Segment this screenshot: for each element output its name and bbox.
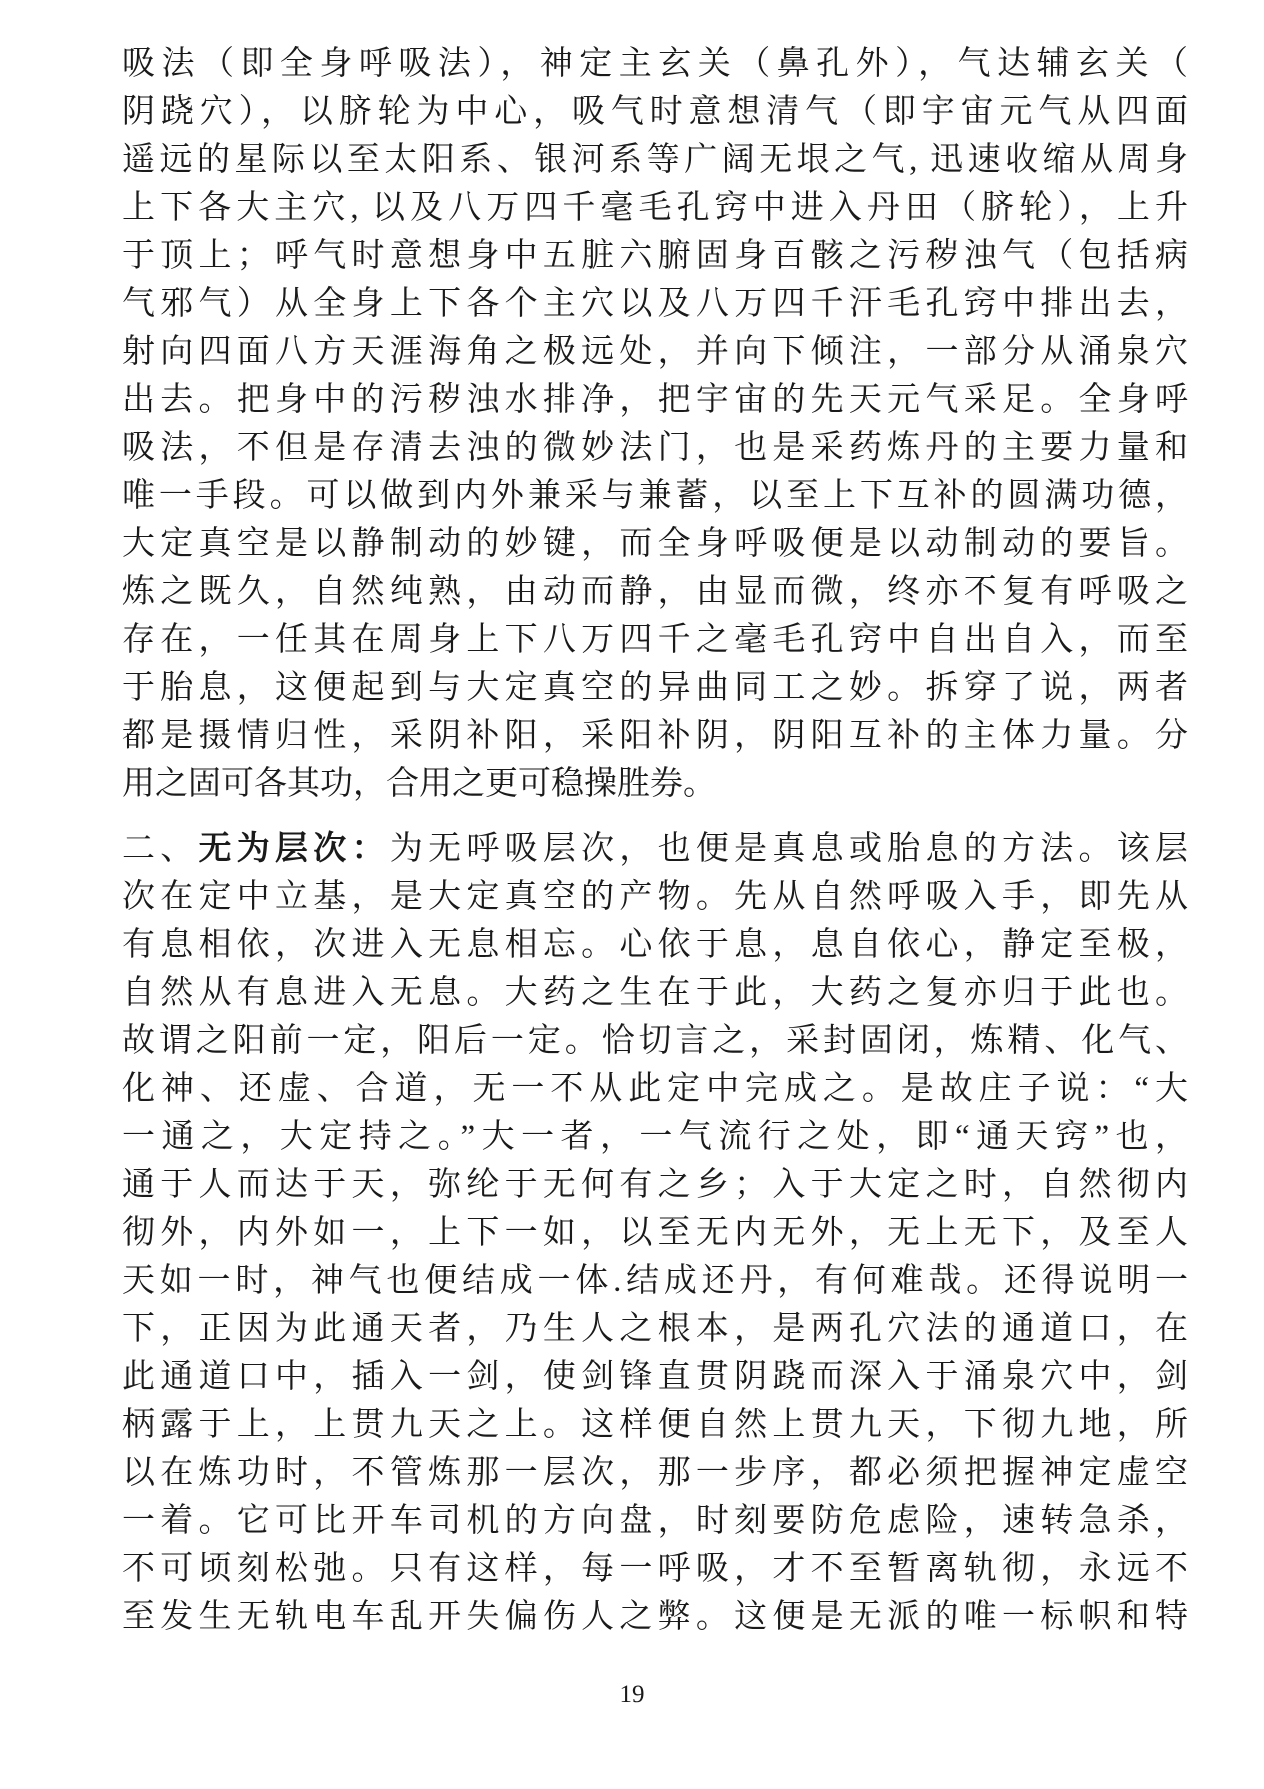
text-line: 彻外，内外如一，上下一如，以至无内无外，无上无下，及至人 <box>122 1209 1188 1257</box>
text-line: 二、无为层次：为无呼吸层次，也便是真息或胎息的方法。该层 <box>122 825 1188 873</box>
text-block: 吸法（即全身呼吸法），神定主玄关（鼻孔外），气达辅玄关（阴跷穴），以脐轮为中心，… <box>122 40 1188 1641</box>
text-line: 自然从有息进入无息。大药之生在于此，大药之复亦归于此也。 <box>122 969 1188 1017</box>
text-run: 为无呼吸层次，也便是真息或胎息的方法。该层 <box>390 831 1188 867</box>
text-line: 存在，一任其在周身上下八万四千之毫毛孔窍中自出自入，而至 <box>122 616 1188 664</box>
text-line: 气邪气）从全身上下各个主穴以及八万四千汗毛孔窍中排出去， <box>122 280 1188 328</box>
text-line: 阴跷穴），以脐轮为中心，吸气时意想清气（即宇宙元气从四面 <box>122 88 1188 136</box>
text-line: 唯一手段。可以做到内外兼采与兼蓄，以至上下互补的圆满功德， <box>122 472 1188 520</box>
text-line: 以在炼功时，不管炼那一层次，那一步序，都必须把握神定虚空 <box>122 1449 1188 1497</box>
text-line: 化神、还虚、合道，无一不从此定中完成之。是故庄子说：“大 <box>122 1065 1188 1113</box>
text-line: 天如一时，神气也便结成一体.结成还丹，有何难哉。还得说明一 <box>122 1257 1188 1305</box>
text-line: 柄露于上，上贯九天之上。这样便自然上贯九天，下彻九地，所 <box>122 1401 1188 1449</box>
text-line: 吸法，不但是存清去浊的微妙法门，也是采药炼丹的主要力量和 <box>122 424 1188 472</box>
text-line: 此通道口中，插入一剑，使剑锋直贯阴跷而深入于涌泉穴中，剑 <box>122 1353 1188 1401</box>
section-heading: 无为层次： <box>199 831 390 867</box>
text-line: 于顶上；呼气时意想身中五脏六腑固身百骸之污秽浊气（包括病 <box>122 232 1188 280</box>
text-line: 射向四面八方天涯海角之极远处，并向下倾注，一部分从涌泉穴 <box>122 328 1188 376</box>
text-line: 遥远的星际以至太阳系、银河系等广阔无垠之气, 迅速收缩从周身 <box>122 136 1188 184</box>
text-line: 于胎息，这便起到与大定真空的异曲同工之妙。拆穿了说，两者 <box>122 664 1188 712</box>
text-run: 二、 <box>122 831 199 867</box>
text-line: 次在定中立基，是大定真空的产物。先从自然呼吸入手，即先从 <box>122 873 1188 921</box>
document-page: 吸法（即全身呼吸法），神定主玄关（鼻孔外），气达辅玄关（阴跷穴），以脐轮为中心，… <box>0 0 1264 1789</box>
text-line: 吸法（即全身呼吸法），神定主玄关（鼻孔外），气达辅玄关（ <box>122 40 1188 88</box>
text-line: 有息相依，次进入无息相忘。心依于息，息自依心，静定至极， <box>122 921 1188 969</box>
page-number: 19 <box>0 1680 1264 1710</box>
text-line: 上下各大主穴, 以及八万四千毫毛孔窍中进入丹田（脐轮），上升 <box>122 184 1188 232</box>
text-line: 至发生无轨电车乱开失偏伤人之弊。这便是无派的唯一标帜和特 <box>122 1593 1188 1641</box>
paragraph-full-body-breathing: 吸法（即全身呼吸法），神定主玄关（鼻孔外），气达辅玄关（阴跷穴），以脐轮为中心，… <box>122 40 1188 808</box>
text-line: 一着。它可比开车司机的方向盘，时刻要防危虑险，速转急杀， <box>122 1497 1188 1545</box>
text-line: 故谓之阳前一定，阳后一定。恰切言之，采封固闭，炼精、化气、 <box>122 1017 1188 1065</box>
text-line: 通于人而达于天，弥纶于无何有之乡；入于大定之时，自然彻内 <box>122 1161 1188 1209</box>
text-line: 炼之既久，自然纯熟，由动而静，由显而微，终亦不复有呼吸之 <box>122 568 1188 616</box>
text-line: 出去。把身中的污秽浊水排净，把宇宙的先天元气采足。全身呼 <box>122 376 1188 424</box>
text-line: 用之固可各其功，合用之更可稳操胜券。 <box>122 760 1188 808</box>
text-line: 都是摄情归性，采阴补阳，采阳补阴，阴阳互补的主体力量。分 <box>122 712 1188 760</box>
text-line: 大定真空是以静制动的妙键，而全身呼吸便是以动制动的要旨。 <box>122 520 1188 568</box>
text-line: 一通之，大定持之。”大一者，一气流行之处，即“通天窍”也， <box>122 1113 1188 1161</box>
paragraph-wuwei-level: 二、无为层次：为无呼吸层次，也便是真息或胎息的方法。该层次在定中立基，是大定真空… <box>122 825 1188 1641</box>
text-line: 不可顷刻松弛。只有这样，每一呼吸，才不至暂离轨彻，永远不 <box>122 1545 1188 1593</box>
text-line: 下，正因为此通天者，乃生人之根本，是两孔穴法的通道口，在 <box>122 1305 1188 1353</box>
